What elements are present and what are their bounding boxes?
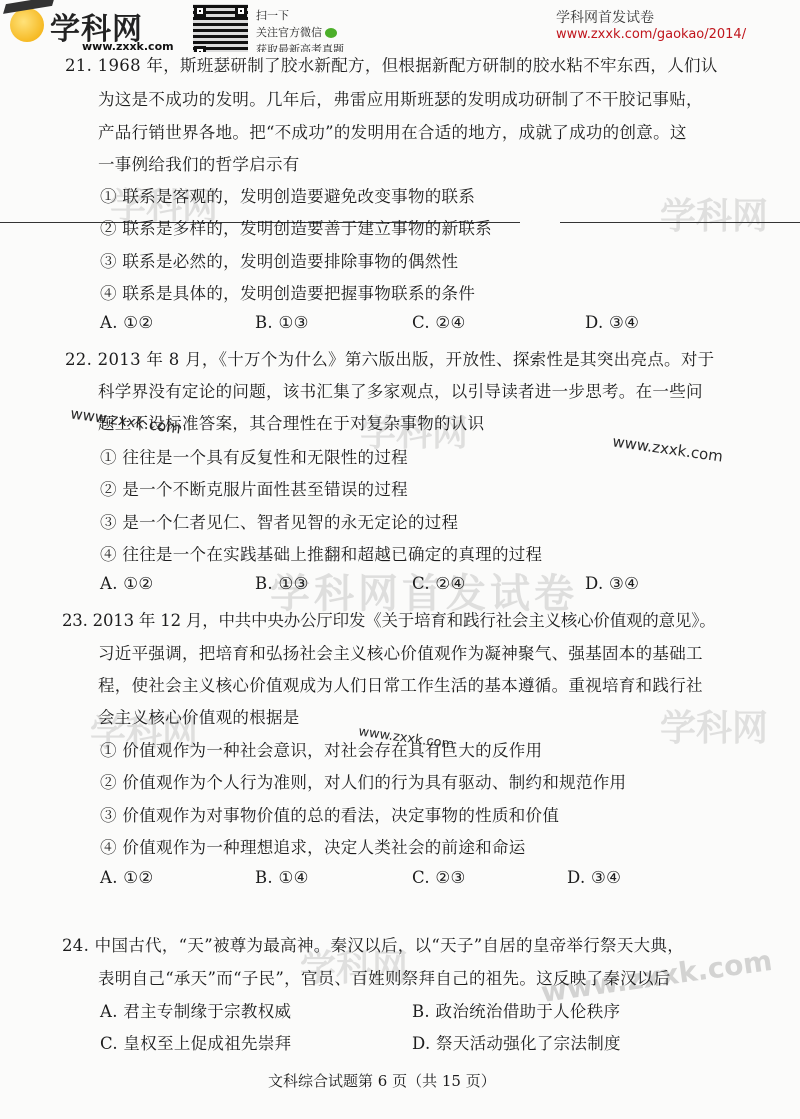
option-b[interactable]: B. ①③ bbox=[255, 574, 309, 593]
option-a[interactable]: A. ①② bbox=[100, 574, 154, 593]
mascot-icon bbox=[10, 8, 44, 42]
question-stem: 产品行销世界各地。把“不成功”的发明用在合适的地方，成就了成功的创意。这 bbox=[98, 119, 687, 143]
question-stem: 习近平强调，把培育和弘扬社会主义核心价值观作为凝神聚气、强基固本的基础工 bbox=[98, 640, 703, 664]
question-stem: 23. 2013 年 12 月，中共中央办公厅印发《关于培育和践行社会主义核心价… bbox=[62, 607, 716, 631]
qr-caption-2: 关注官方微信 bbox=[256, 24, 337, 40]
option-c[interactable]: C. ②④ bbox=[412, 313, 466, 332]
scan-rule-line bbox=[560, 222, 800, 223]
option-b[interactable]: B. ①③ bbox=[255, 313, 309, 332]
watermark-url: www.zxxk.com bbox=[611, 432, 724, 465]
option-d[interactable]: D. ③④ bbox=[585, 313, 639, 332]
statement-4: ④ 价值观作为一种理想追求，决定人类社会的前途和命运 bbox=[100, 834, 526, 858]
qr-caption-1: 扫一下 bbox=[256, 7, 289, 23]
statement-3: ③ 联系是必然的，发明创造要排除事物的偶然性 bbox=[100, 248, 458, 272]
question-stem: 会主义核心价值观的根据是 bbox=[98, 704, 300, 728]
statement-4: ④ 往往是一个在实践基础上推翻和超越已确定的真理的过程 bbox=[100, 541, 542, 565]
option-a[interactable]: A. 君主专制缘于宗教权威 bbox=[100, 998, 291, 1022]
header-url: www.zxxk.com/gaokao/2014/ bbox=[556, 27, 746, 42]
question-stem: 表明自己“承天”而“子民”，官员、百姓则祭拜自己的祖先。这反映了秦汉以后 bbox=[98, 965, 671, 989]
statement-2: ② 是一个不断克服片面性甚至错误的过程 bbox=[100, 476, 408, 500]
qr-code bbox=[193, 4, 248, 59]
question-stem: 一事例给我们的哲学启示有 bbox=[98, 151, 300, 175]
option-d[interactable]: D. 祭天活动强化了宗法制度 bbox=[412, 1030, 621, 1054]
option-b[interactable]: B. ①④ bbox=[255, 868, 309, 887]
watermark-brand: 学科网 bbox=[660, 188, 768, 239]
option-a[interactable]: A. ①② bbox=[100, 313, 154, 332]
qr-caption-2-text: 关注官方微信 bbox=[256, 26, 322, 39]
question-stem: 22. 2013 年 8 月，《十万个为什么》第六版出版，开放性、探索性是其突出… bbox=[65, 346, 714, 370]
statement-2: ② 价值观作为个人行为准则，对人们的行为具有驱动、制约和规范作用 bbox=[100, 769, 626, 793]
page-footer: 文科综合试题第 6 页（共 15 页） bbox=[268, 1070, 496, 1091]
wechat-icon bbox=[325, 28, 337, 38]
statement-2: ② 联系是多样的，发明创造要善于建立事物的新联系 bbox=[100, 215, 492, 239]
header-title: 学科网首发试卷 bbox=[556, 7, 654, 27]
option-c[interactable]: C. 皇权至上促成祖先崇拜 bbox=[100, 1030, 291, 1054]
question-stem: 24. 中国古代，“天”被尊为最高神。秦汉以后，以“天子”自居的皇帝举行祭天大典… bbox=[62, 932, 684, 956]
question-stem: 程，使社会主义核心价值观成为人们日常工作生活的基本遵循。重视培育和践行社 bbox=[98, 672, 703, 696]
question-stem: 科学界没有定论的问题，该书汇集了多家观点，以引导读者进一步思考。在一些问 bbox=[98, 378, 703, 402]
header-logo: 学科网 www.zxxk.com bbox=[6, 0, 176, 56]
statement-1: ① 联系是客观的，发明创造要避免改变事物的联系 bbox=[100, 183, 475, 207]
option-a[interactable]: A. ①② bbox=[100, 868, 154, 887]
option-c[interactable]: C. ②③ bbox=[412, 868, 466, 887]
option-b[interactable]: B. 政治统治借助于人伦秩序 bbox=[412, 998, 620, 1022]
statement-1: ① 价值观作为一种社会意识，对社会存在具有巨大的反作用 bbox=[100, 737, 542, 761]
question-stem: 21. 1968 年，斯班瑟研制了胶水新配方，但根据新配方研制的胶水粘不牢东西，… bbox=[65, 52, 718, 76]
statement-3: ③ 价值观作为对事物价值的总的看法，决定事物的性质和价值 bbox=[100, 802, 559, 826]
option-d[interactable]: D. ③④ bbox=[585, 574, 639, 593]
question-stem: 为这是不成功的发明。几年后，弗雷应用斯班瑟的发明成功研制了不干胶记事贴， bbox=[98, 86, 703, 110]
statement-3: ③ 是一个仁者见仁、智者见智的永无定论的过程 bbox=[100, 509, 458, 533]
watermark-brand: 学科网 bbox=[660, 700, 768, 751]
question-stem: 题上不设标准答案，其合理性在于对复杂事物的认识 bbox=[98, 410, 484, 434]
statement-1: ① 往往是一个具有反复性和无限性的过程 bbox=[100, 444, 408, 468]
option-d[interactable]: D. ③④ bbox=[567, 868, 621, 887]
statement-4: ④ 联系是具体的，发明创造要把握事物联系的条件 bbox=[100, 280, 475, 304]
option-c[interactable]: C. ②④ bbox=[412, 574, 466, 593]
